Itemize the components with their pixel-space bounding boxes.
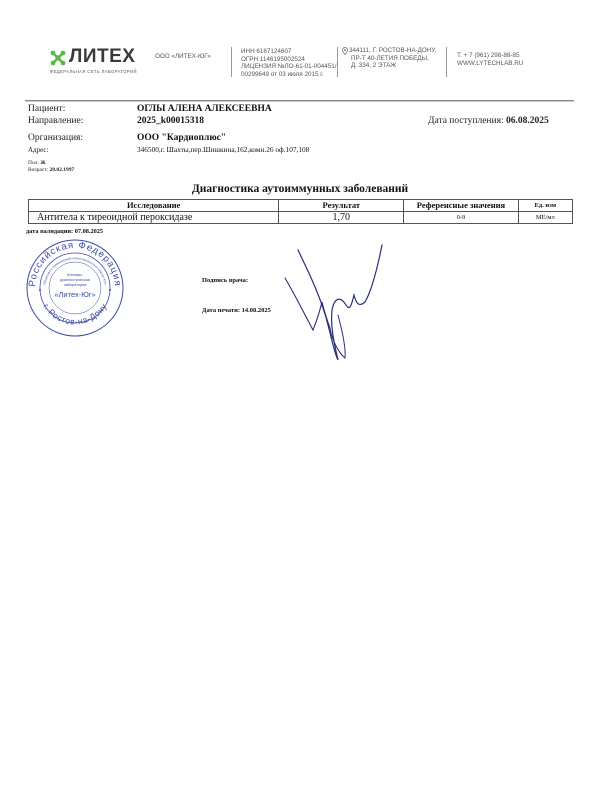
print-date: 14.08.2025 <box>242 307 271 314</box>
license-line1: ЛИЦЕНЗИЯ №ЛО-61-01-004451/ <box>241 63 337 71</box>
patient-label: Пациент: <box>28 104 65 114</box>
results-table: Исследование Результат Референсные значе… <box>28 199 573 224</box>
age-label: Возраст: <box>28 167 48 173</box>
lab-logo: ЛИТЕХ Федеральная сеть лабораторий <box>50 48 142 78</box>
test-reference: 0-9 <box>404 212 518 224</box>
address-line3: Д. 334, 2 ЭТАЖ <box>342 62 436 70</box>
header-divider <box>446 47 447 77</box>
column-header-result: Результат <box>279 200 404 212</box>
license-line2: 00299649 от 03 июля 2015 г. <box>241 71 337 79</box>
organization-label: Организация: <box>28 133 83 143</box>
ogrn: ОГРН 1146195002524 <box>241 56 337 64</box>
column-header-reference: Референсные значения <box>404 200 518 212</box>
doctor-signature-icon <box>280 240 390 370</box>
header-divider <box>231 47 232 77</box>
test-unit: МЕ/мл <box>518 212 572 224</box>
header-rule <box>25 100 574 101</box>
svg-text:лаборатория: лаборатория <box>64 283 87 287</box>
svg-text:Клинико-: Клинико- <box>67 273 84 277</box>
logo-tagline: Федеральная сеть лабораторий <box>50 69 137 74</box>
age-value: 28.02.1997 <box>50 167 75 173</box>
report-title: Диагностика аутоиммунных заболеваний <box>0 183 600 195</box>
age-field: Возраст: 28.02.1997 <box>28 167 74 173</box>
location-pin-icon <box>342 47 348 55</box>
svg-text:«Литех-Юг»: «Литех-Юг» <box>54 290 95 299</box>
lab-cross-logo-icon <box>50 50 66 66</box>
header-divider <box>337 47 338 77</box>
lab-phone: Т. + 7 (961) 298-88-85 <box>457 52 523 60</box>
address-label: Адрес: <box>28 146 48 154</box>
received-label: Дата поступления: <box>428 116 504 126</box>
received-date-field: Дата поступления: 06.08.2025 <box>428 116 549 126</box>
organization-address: 346500,г. Шахты,пер.Шишкина,162,комн.26 … <box>137 145 309 154</box>
stamp-seal-icon: Российская Федерация г. Ростов-на-Дону О… <box>25 238 125 338</box>
patient-name: ОГЛЫ АЛЕНА АЛЕКСЕЕВНА <box>137 104 272 114</box>
registration-info: ИНН 6167124607 ОГРН 1146195002524 ЛИЦЕНЗ… <box>241 48 337 78</box>
column-header-unit: Ед. изм <box>518 200 572 212</box>
referral-number: 2025_k00015318 <box>137 116 204 126</box>
results-header-row: Исследование Результат Референсные значе… <box>29 200 573 212</box>
table-row: Антитела к тиреоидной пероксидазе 1,70 0… <box>29 212 573 224</box>
validation-date: 07.08.2025 <box>75 228 103 235</box>
sex-value: Ж <box>40 160 45 166</box>
referral-label: Направление: <box>28 116 83 126</box>
sex-label: Пол: <box>28 160 39 166</box>
company-name: ООО «ЛИТЕХ-ЮГ» <box>155 53 211 61</box>
inn: ИНН 6167124607 <box>241 48 337 56</box>
validation-date-field: дата валидации: 07.08.2025 <box>26 228 103 235</box>
test-name: Антитела к тиреоидной пероксидазе <box>29 212 279 224</box>
print-date-label: Дата печати: <box>202 307 240 314</box>
print-date-field: Дата печати: 14.08.2025 <box>202 307 271 314</box>
validation-label: дата валидации: <box>26 228 73 235</box>
organization-name: ООО "Кардиоплюс" <box>137 133 226 143</box>
svg-text:диагностическая: диагностическая <box>60 278 90 282</box>
address-line1: 344111, Г. РОСТОВ-НА-ДОНУ, <box>349 47 436 55</box>
sex-field: Пол: Ж <box>28 160 46 166</box>
column-header-test: Исследование <box>29 200 279 212</box>
lab-address: 344111, Г. РОСТОВ-НА-ДОНУ, ПР-Т 40-ЛЕТИЯ… <box>342 47 436 70</box>
lab-website: WWW.LYTECHLAB.RU <box>457 60 523 68</box>
lab-contacts: Т. + 7 (961) 298-88-85 WWW.LYTECHLAB.RU <box>457 52 523 67</box>
lab-stamp: Российская Федерация г. Ростов-на-Дону О… <box>25 238 125 338</box>
logo-wordmark: ЛИТЕХ <box>69 47 135 67</box>
received-date: 06.08.2025 <box>506 116 549 126</box>
address-line2: ПР-Т 40-ЛЕТИЯ ПОБЕДЫ, <box>342 55 436 63</box>
doctor-signature-label: Подпись врача: <box>202 277 248 284</box>
test-result: 1,70 <box>279 212 404 224</box>
